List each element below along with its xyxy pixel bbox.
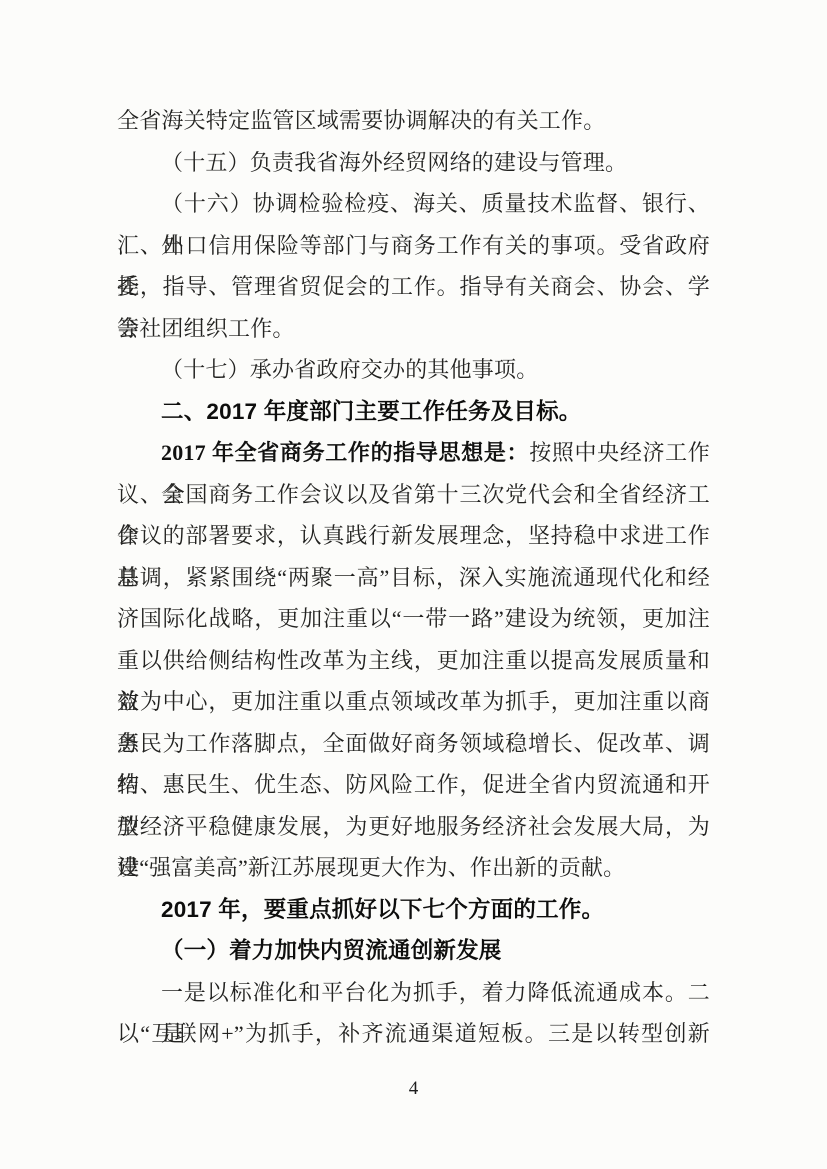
document-page: 全省海关特定监管区域需要协调解决的有关工作。（十五）负责我省海外经贸网络的建设与… bbox=[0, 0, 827, 1169]
text-line: 重以供给侧结构性改革为主线，更加注重以提高发展质量和效 bbox=[117, 640, 710, 682]
page-footer: 4 bbox=[0, 1078, 827, 1100]
text-line: 惠民为工作落脚点，全面做好商务领域稳增长、促改革、调结 bbox=[117, 723, 710, 765]
text-line: 会议的部署要求，认真践行新发展理念，坚持稳中求进工作总 bbox=[117, 515, 710, 557]
text-line: 二、2017 年度部门主要工作任务及目标。 bbox=[117, 391, 710, 433]
text-line: （十五）负责我省海外经贸网络的建设与管理。 bbox=[117, 142, 710, 184]
text-segment: 2017 年，要重点抓好以下七个方面的工作。 bbox=[161, 897, 604, 922]
text-segment: （十七）承办省政府交办的其他事项。 bbox=[161, 357, 538, 382]
text-segment: 设“强富美高”新江苏展现更大作为、作出新的贡献。 bbox=[117, 855, 625, 880]
text-line: 全省海关特定监管区域需要协调解决的有关工作。 bbox=[117, 100, 710, 142]
text-segment: 基调，紧紧围绕“两聚一高”目标，深入实施流通现代化和经 bbox=[117, 565, 710, 590]
text-line: 济国际化战略，更加注重以“一带一路”建设为统领，更加注 bbox=[117, 598, 710, 640]
text-line: 益为中心，更加注重以重点领域改革为抓手，更加注重以商务 bbox=[117, 681, 710, 723]
text-line: （一）着力加快内贸流通创新发展 bbox=[117, 930, 710, 972]
text-line: 等社团组织工作。 bbox=[117, 308, 710, 350]
text-segment: （一）着力加快内贸流通创新发展 bbox=[161, 938, 502, 963]
text-segment: 济国际化战略，更加注重以“一带一路”建设为统领，更加注 bbox=[117, 606, 710, 631]
text-line: 2017 年，要重点抓好以下七个方面的工作。 bbox=[117, 889, 710, 931]
text-segment: 全省海关特定监管区域需要协调解决的有关工作。 bbox=[117, 108, 605, 133]
text-line: 基调，紧紧围绕“两聚一高”目标，深入实施流通现代化和经 bbox=[117, 557, 710, 599]
text-line: 一是以标准化和平台化为抓手，着力降低流通成本。二是 bbox=[117, 972, 710, 1014]
text-line: 设“强富美高”新江苏展现更大作为、作出新的贡献。 bbox=[117, 847, 710, 889]
text-segment: 以“互联网+”为抓手，补齐流通渠道短板。三是以转型创新 bbox=[117, 1021, 710, 1046]
text-segment: 等社团组织工作。 bbox=[117, 316, 295, 341]
text-line: 型经济平稳健康发展，为更好地服务经济社会发展大局，为建 bbox=[117, 806, 710, 848]
document-body: 全省海关特定监管区域需要协调解决的有关工作。（十五）负责我省海外经贸网络的建设与… bbox=[117, 100, 710, 1055]
text-segment: （十五）负责我省海外经贸网络的建设与管理。 bbox=[161, 150, 627, 175]
text-line: （十六）协调检验检疫、海关、质量技术监督、银行、外 bbox=[117, 183, 710, 225]
text-line: 议、全国商务工作会议以及省第十三次党代会和全省经济工作 bbox=[117, 474, 710, 516]
page-number: 4 bbox=[409, 1078, 419, 1099]
text-line: 以“互联网+”为抓手，补齐流通渠道短板。三是以转型创新 bbox=[117, 1013, 710, 1055]
text-line: 构、惠民生、优生态、防风险工作，促进全省内贸流通和开放 bbox=[117, 764, 710, 806]
text-line: 托，指导、管理省贸促会的工作。指导有关商会、协会、学会 bbox=[117, 266, 710, 308]
text-segment: 二、2017 年度部门主要工作任务及目标。 bbox=[161, 399, 582, 424]
text-line: 2017 年全省商务工作的指导思想是：按照中央经济工作会 bbox=[117, 432, 710, 474]
text-line: 汇、出口信用保险等部门与商务工作有关的事项。受省政府委 bbox=[117, 225, 710, 267]
text-segment: 2017 年全省商务工作的指导思想是： bbox=[161, 440, 529, 465]
text-line: （十七）承办省政府交办的其他事项。 bbox=[117, 349, 710, 391]
